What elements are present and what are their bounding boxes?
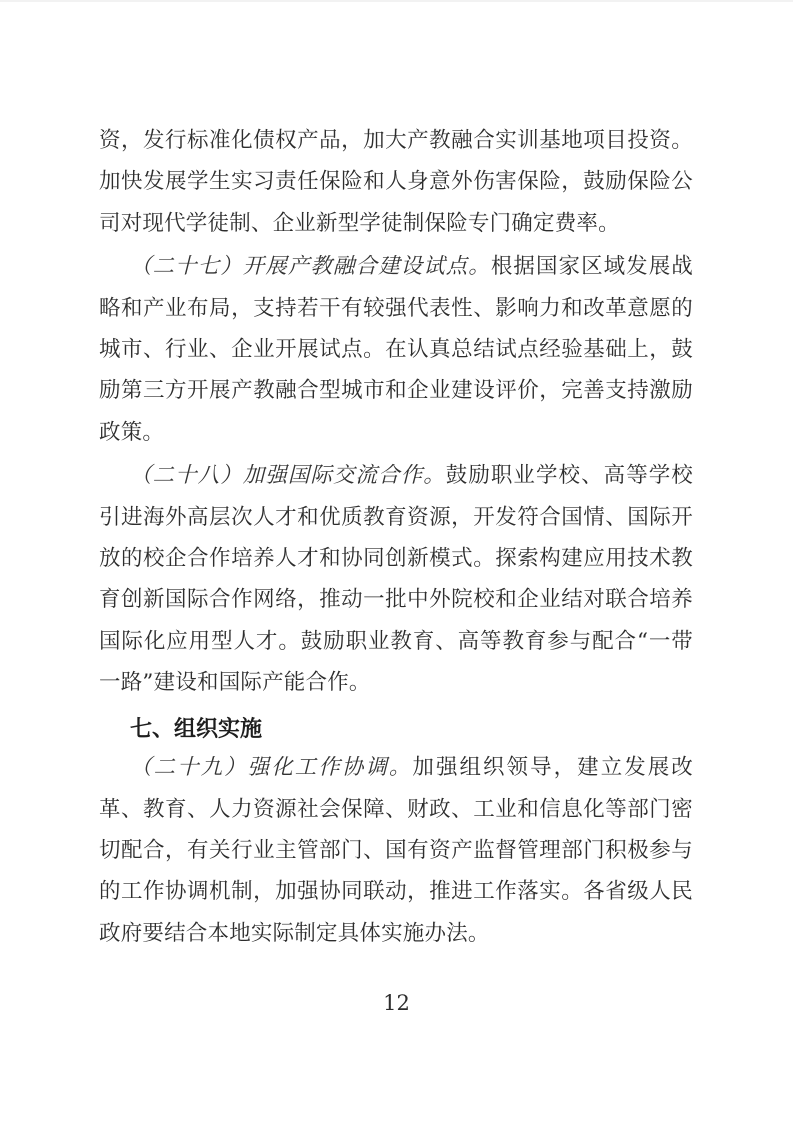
paragraph-29-lead: （二十九）强化工作协调。 [130,755,412,780]
paragraph-27-lead: （二十七）开展产教融合建设试点。 [130,254,491,279]
paragraph-27-text: 根据国家区域发展战略和产业布局，支持若干有较强代表性、影响力和改革意愿的城市、行… [99,254,693,445]
document-page: 资，发行标准化债权产品，加大产教融合实训基地项目投资。加快发展学生实习责任保险和… [0,0,793,1122]
page-number: 12 [383,991,410,1015]
paragraph-28-text: 鼓励职业学校、高等学校引进海外高层次人才和优质教育资源，开发符合国情、国际开放的… [99,463,693,695]
page-footer: 12 [0,991,793,1015]
paragraph-continuation: 资，发行标准化债权产品，加大产教融合实训基地项目投资。加快发展学生实习责任保险和… [99,120,693,244]
paragraph-28-lead: （二十八）加强国际交流合作。 [130,463,446,488]
document-body: 资，发行标准化债权产品，加大产教融合实训基地项目投资。加快发展学生实习责任保险和… [99,120,693,954]
paragraph-item-27: （二十七）开展产教融合建设试点。根据国家区域发展战略和产业布局，支持若干有较强代… [99,246,693,453]
paragraph-29-text: 加强组织领导，建立发展改革、教育、人力资源社会保障、财政、工业和信息化等部门密切… [99,755,693,946]
scan-edge-artifact [0,0,793,2]
paragraph-item-29: （二十九）强化工作协调。加强组织领导，建立发展改革、教育、人力资源社会保障、财政… [99,747,693,954]
section-heading-7: 七、组织实施 [99,709,693,750]
paragraph-item-28: （二十八）加强国际交流合作。鼓励职业学校、高等学校引进海外高层次人才和优质教育资… [99,455,693,703]
